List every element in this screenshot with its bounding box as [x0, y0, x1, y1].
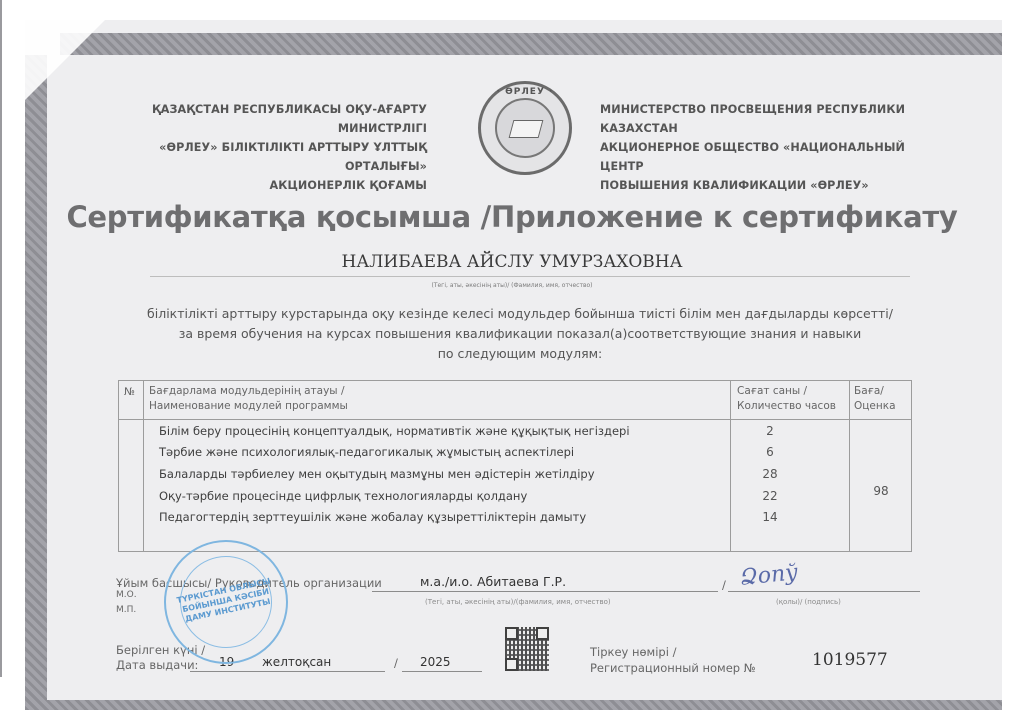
folded-corner — [25, 20, 105, 100]
registration-label-ru: Регистрационный номер № — [590, 661, 756, 675]
open-book-icon — [509, 120, 544, 138]
header-divider — [119, 419, 911, 420]
intro-line-2: за время обучения на курсах повышения кв… — [110, 324, 930, 344]
issue-year: 2025 — [420, 655, 451, 669]
header-kz-line-2: «ӨРЛЕУ» БІЛІКТІЛІКТІ АРТТЫРУ ҰЛТТЫҚ ОРТА… — [115, 138, 427, 176]
header-kazakh: ҚАЗАҚСТАН РЕСПУБЛИКАСЫ ОҚУ-АҒАРТУ МИНИСТ… — [115, 100, 427, 195]
signer-caption: (Тегі, аты, әкесінің аты)/(фамилия, имя,… — [425, 598, 611, 606]
table-row-module: Педагогтердің зерттеушілік және жобалау … — [159, 510, 586, 524]
table-row-module: Тәрбие және психологиялық-педагогикалық … — [159, 445, 574, 459]
header-hours: Сағат саны / Количество часов — [737, 384, 836, 414]
header-number: № — [124, 385, 135, 400]
table-row-module: Білім беру процесінің концептуалдық, нор… — [159, 424, 630, 438]
signer-name: м.а./и.о. Абитаева Г.Р. — [420, 574, 566, 589]
grade-value: 98 — [849, 484, 913, 498]
table-row-module: Оқу-тәрбие процесінде цифрлық технология… — [159, 489, 527, 503]
mo-label: М.О. — [116, 590, 137, 600]
table-row-hours: 6 — [730, 445, 810, 459]
header-ru-line-3: ПОВЫШЕНИЯ КВАЛИФИКАЦИИ «ӨРЛЕУ» — [600, 176, 940, 195]
issue-date-label-ru: Дата выдачи: — [116, 658, 198, 672]
emblem-inner-circle — [495, 98, 555, 158]
separator-slash: / — [722, 578, 726, 592]
intro-line-3: по следующим модулям: — [110, 344, 930, 364]
ornament-border-top — [60, 33, 1002, 55]
qr-finder — [505, 658, 518, 671]
header-grade: Баға/ Оценка — [854, 384, 896, 414]
issue-month: желтоқсан — [262, 655, 331, 669]
col-divider — [730, 381, 731, 551]
intro-text: біліктілікті арттыру курстарында оқу кез… — [110, 304, 930, 364]
recipient-name: НАЛИБАЕВА АЙСЛУ УМУРЗАХОВНА — [0, 252, 1024, 272]
header-module: Бағдарлама модульдерінің атауы / Наимено… — [149, 384, 348, 414]
recipient-name-caption: (Тегі, аты, әкесінің аты)/ (Фамилия, имя… — [0, 282, 1024, 289]
col-divider — [849, 381, 850, 551]
mp-label: М.П. — [116, 605, 136, 615]
registration-number: 1019577 — [812, 650, 888, 670]
name-underline — [150, 276, 910, 277]
signature-caption: (қолы)/ (подпись) — [776, 598, 841, 606]
qr-code-icon[interactable] — [505, 627, 549, 671]
qr-finder — [536, 627, 549, 640]
header-kz-line-3: АКЦИОНЕРЛІК ҚОҒАМЫ — [115, 176, 427, 195]
orleu-emblem-icon: · ӨРЛЕУ · — [478, 81, 572, 175]
modules-table: № Бағдарлама модульдерінің атауы / Наиме… — [118, 380, 912, 552]
table-row-hours: 28 — [730, 467, 810, 481]
col-divider — [143, 381, 144, 551]
table-row-hours: 2 — [730, 424, 810, 438]
date-separator: / — [394, 656, 398, 670]
header-russian: МИНИСТЕРСТВО ПРОСВЕЩЕНИЯ РЕСПУБЛИКИ КАЗА… — [600, 100, 940, 195]
registration-label-kz: Тіркеу нөмірі / — [590, 645, 676, 659]
intro-line-1: біліктілікті арттыру курстарында оқу кез… — [110, 304, 930, 324]
page-edge-right — [0, 0, 2, 677]
header-ru-line-2: АКЦИОНЕРНОЕ ОБЩЕСТВО «НАЦИОНАЛЬНЫЙ ЦЕНТР — [600, 138, 940, 176]
qr-finder — [505, 627, 518, 640]
signer-line — [372, 591, 718, 592]
table-row-hours: 14 — [730, 510, 810, 524]
date-line — [190, 671, 385, 672]
header-ru-line-1: МИНИСТЕРСТВО ПРОСВЕЩЕНИЯ РЕСПУБЛИКИ КАЗА… — [600, 100, 940, 138]
ornament-border-left — [25, 55, 47, 710]
table-row-module: Балаларды тәрбиелеу мен оқытудың мазмұны… — [159, 467, 595, 481]
document-title: Сертификатқа қосымша /Приложение к серти… — [0, 200, 1024, 234]
emblem-text: · ӨРЛЕУ · — [481, 87, 569, 97]
header-kz-line-1: ҚАЗАҚСТАН РЕСПУБЛИКАСЫ ОҚУ-АҒАРТУ МИНИСТ… — [115, 100, 427, 138]
signature-line — [728, 591, 920, 592]
year-line — [402, 671, 482, 672]
ornament-border-bottom — [25, 700, 1002, 710]
table-row-hours: 22 — [730, 489, 810, 503]
